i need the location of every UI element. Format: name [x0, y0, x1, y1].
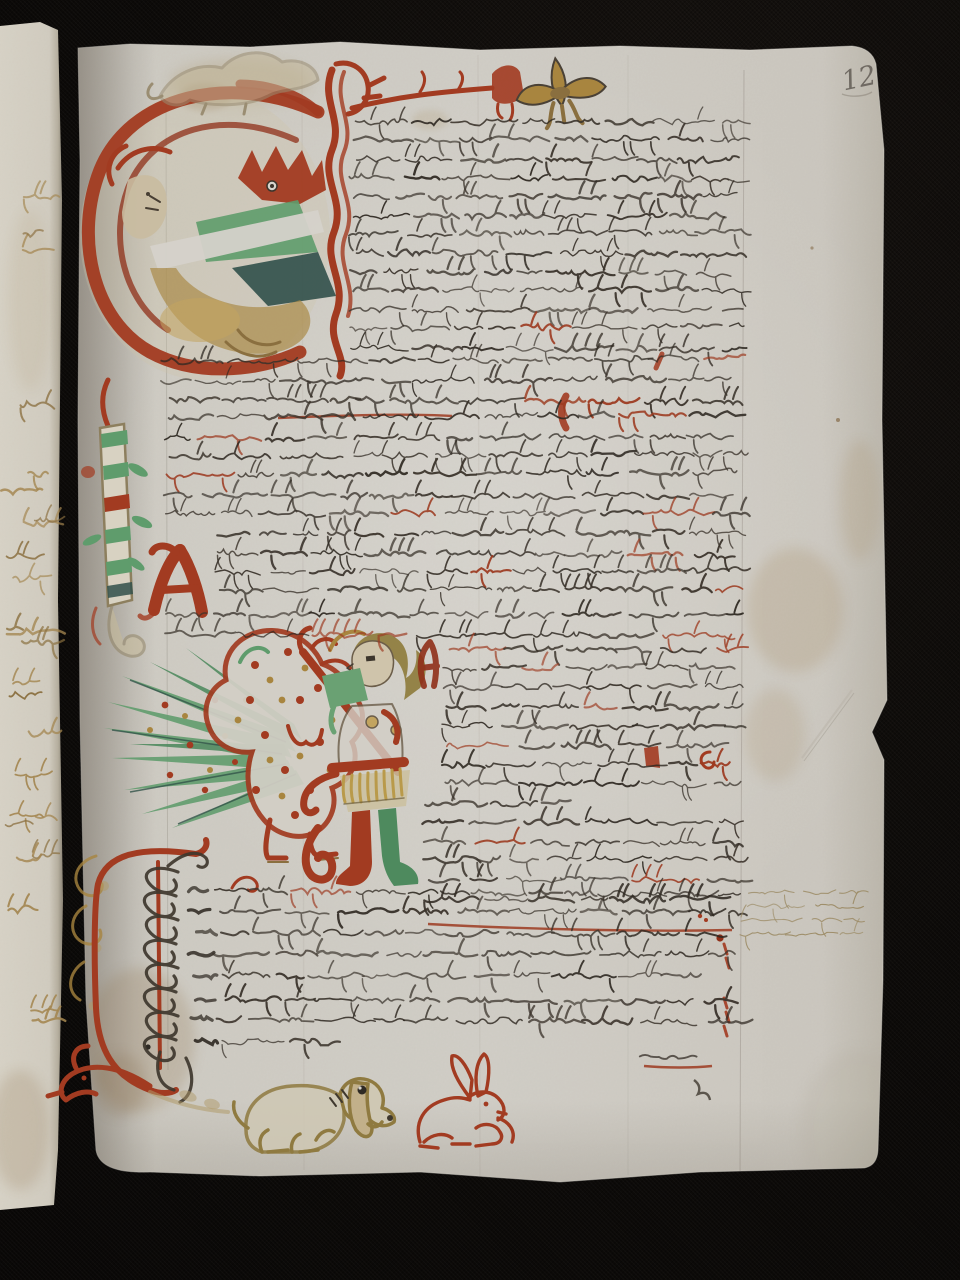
- manuscript-photograph: 12: [0, 0, 960, 1280]
- manuscript-page: 12: [48, 40, 950, 1210]
- photograph-background: { "page": { "folio_number": "12", "descr…: [0, 0, 960, 1280]
- previous-page-edge: [0, 20, 65, 1212]
- belt: [332, 762, 404, 768]
